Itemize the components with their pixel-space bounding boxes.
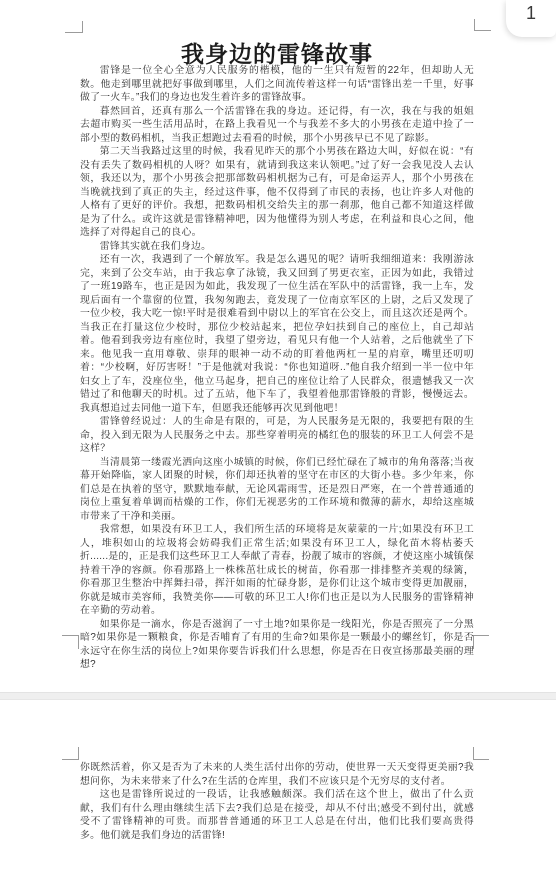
paragraph: 雷锋是一位全心全意为人民服务的楷模，他的一生只有短暂的22年，但却助人无数。他走… <box>80 64 474 105</box>
page-number: 1 <box>526 3 536 23</box>
crop-mark-page1-top-left <box>65 21 83 33</box>
paragraph: 你既然活着，你又是否为了未来的人类生活付出你的劳动，使世界一天天变得更美丽?我想… <box>80 761 474 788</box>
page-gap <box>0 692 556 700</box>
paragraph: 第二天当我路过这里的时候，我看见昨天的那个小男孩在路边大叫，好似在说：“有没有丢… <box>80 145 474 240</box>
paragraph: 这也是雷锋所说过的一段话，让我感触颇深。我们活在这个世上，做出了什么贡献，我们有… <box>80 788 474 842</box>
crop-mark-page2-top-right <box>473 747 489 760</box>
paragraph: 暮然回首，还真有那么一个活雷锋在我的身边。还记得，有一次，我在与我的姐姐去超市购… <box>80 105 474 146</box>
paragraph: 雷锋其实就在我们身边。 <box>80 240 474 254</box>
paragraph: 还有一次，我遇到了一个解放军。我是怎么遇见的呢？请听我细细道来：我刚游泳完，来到… <box>80 253 474 415</box>
crop-mark-page1-bottom-left <box>62 635 79 649</box>
paragraph: 当清晨第一缕霞光洒向这座小城镇的时候，你们已经忙碌在了城市的角角落落;当夜幕开始… <box>80 456 474 524</box>
paragraph: 如果你是一滴水，你是否滋润了一寸土地?如果你是一线阳光，你是否照亮了一分黑暗?如… <box>80 618 474 672</box>
page1-body: 雷锋是一位全心全意为人民服务的楷模，他的一生只有短暂的22年，但却助人无数。他走… <box>80 64 474 672</box>
page-number-badge: 1 <box>506 0 556 37</box>
paragraph: 雷锋曾经说过：人的生命是有限的，可是，为人民服务是无限的，我要把有限的生命，投入… <box>80 415 474 456</box>
crop-mark-page1-top-right <box>474 19 491 31</box>
document-viewer: 1 我身边的雷锋故事 雷锋是一位全心全意为人民服务的楷模，他的一生只有短暂的22… <box>0 0 556 877</box>
paragraph: 我常想，如果没有环卫工人，我们所生活的环境将是灰蒙蒙的一片;如果没有环卫工人，堆… <box>80 523 474 618</box>
crop-mark-page2-top-left <box>62 747 79 760</box>
crop-mark-page1-bottom-right <box>473 635 489 649</box>
page2-body: 你既然活着，你又是否为了未来的人类生活付出你的劳动，使世界一天天变得更美丽?我想… <box>80 761 474 842</box>
